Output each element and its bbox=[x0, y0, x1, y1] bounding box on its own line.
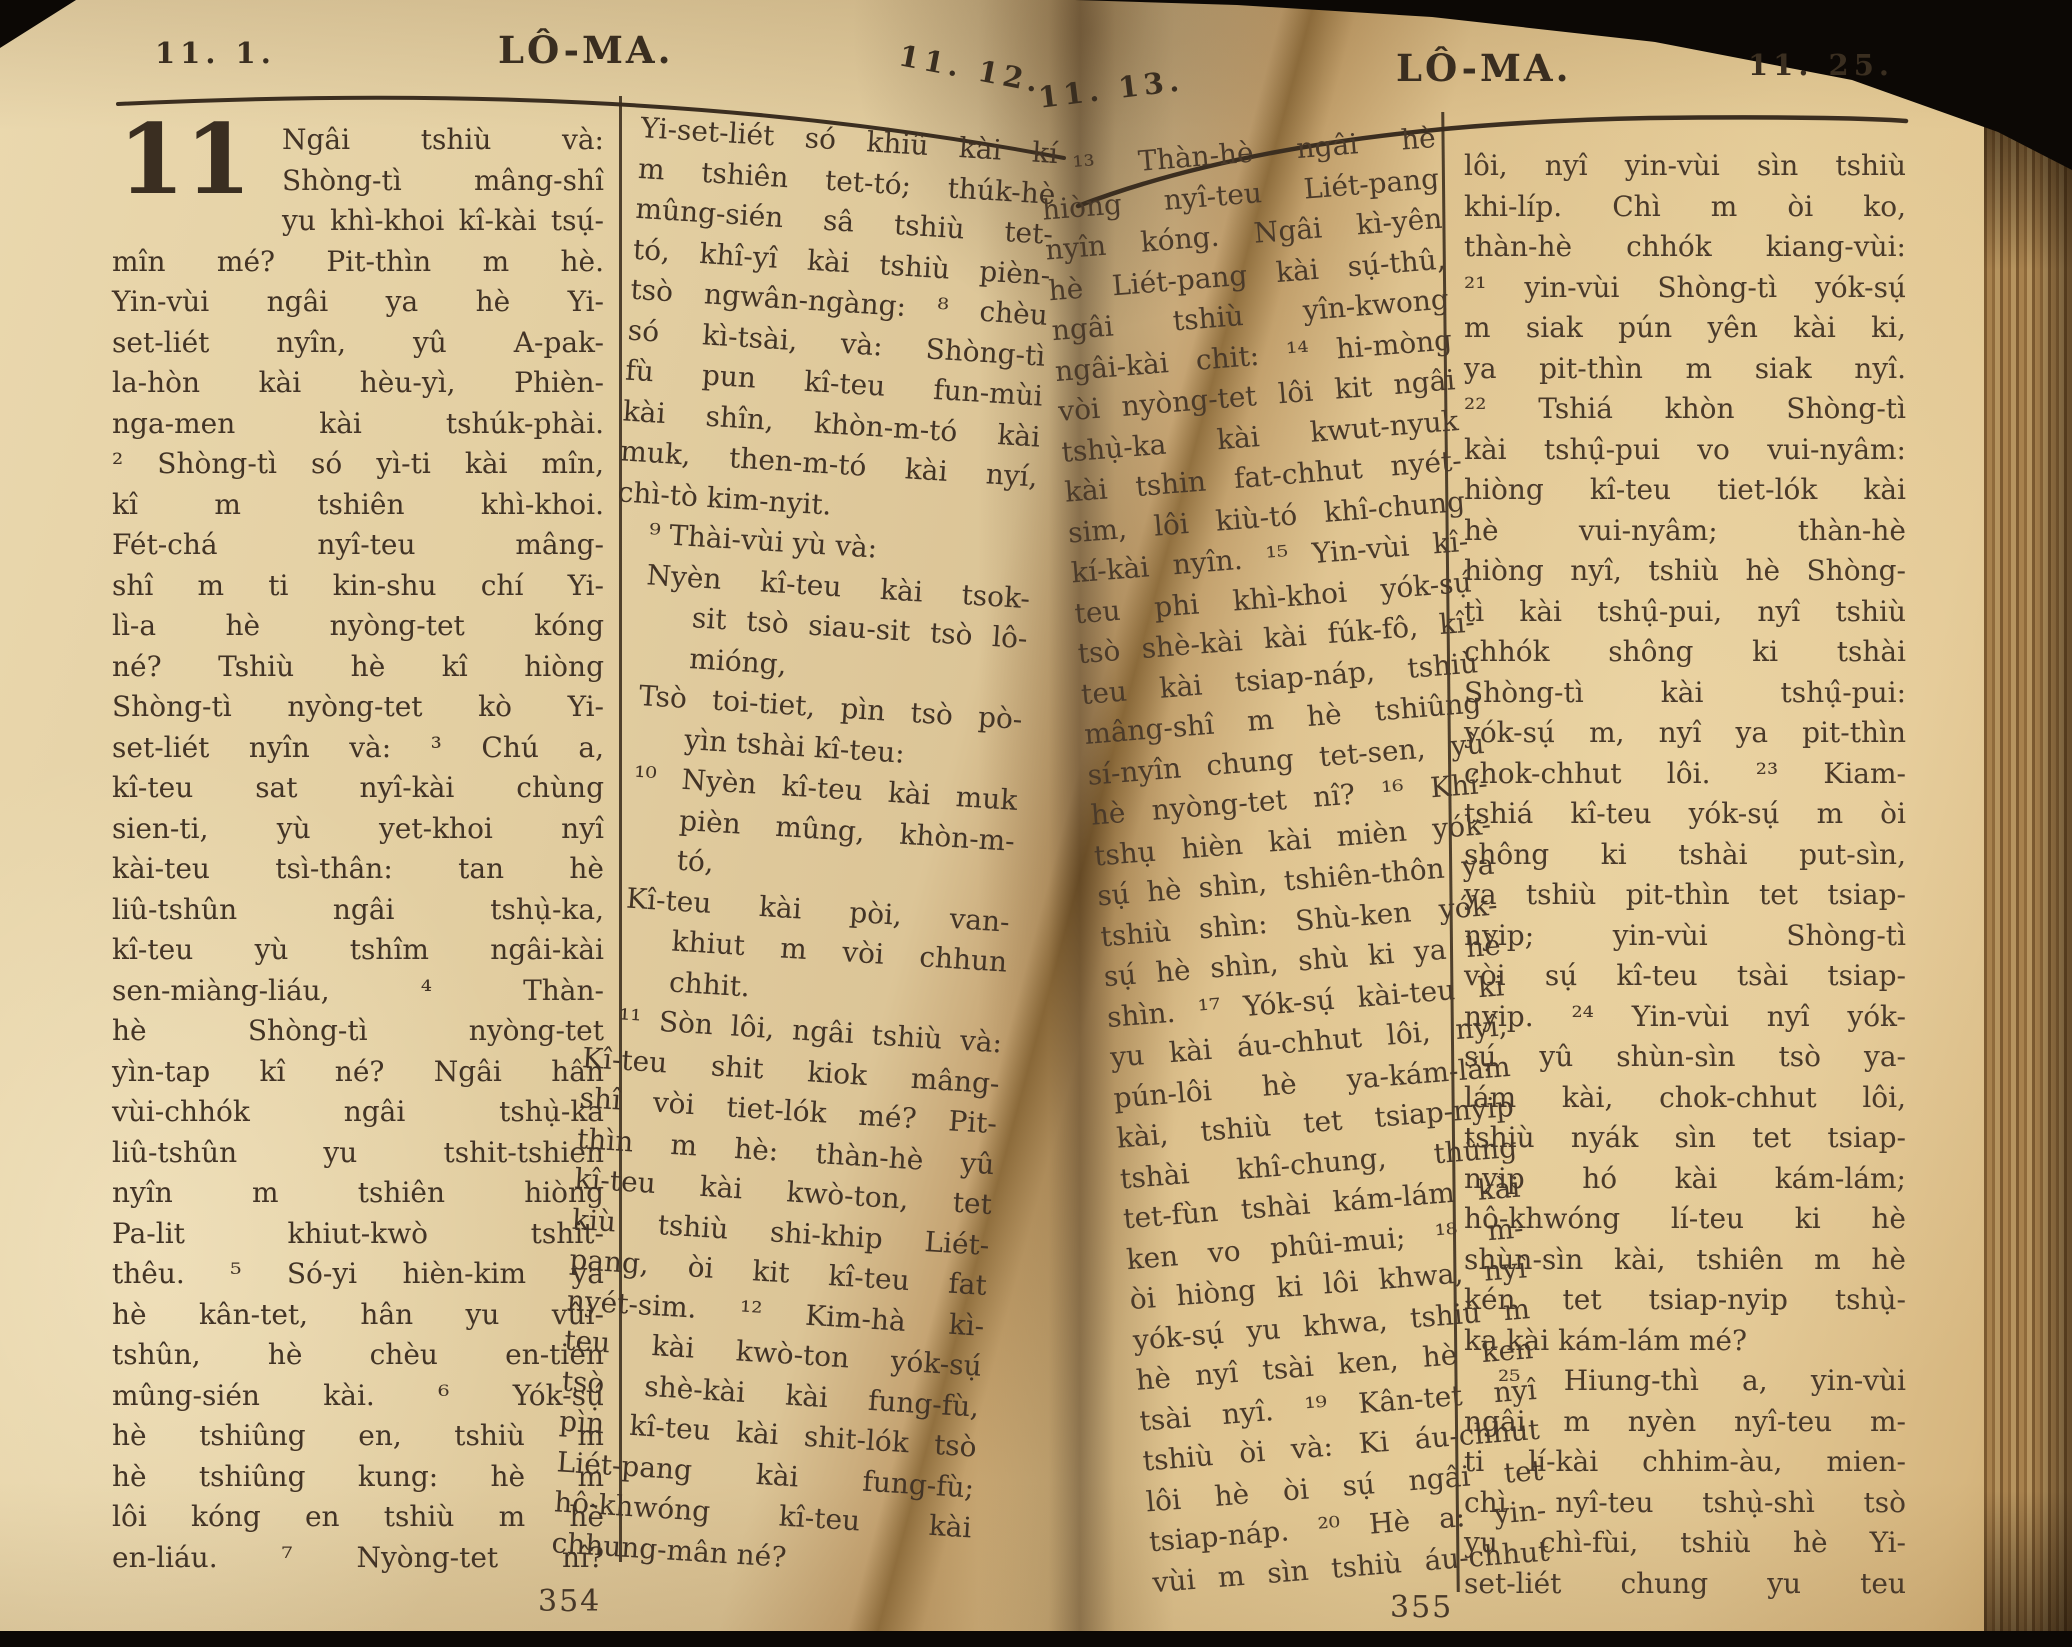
text-line: kài tshụ̂-pui vo vui-nyâm: bbox=[1464, 430, 1906, 471]
text-line: tì kài tshụ̂-pui, nyî tshiù bbox=[1464, 592, 1906, 633]
text-line: yìn-tap kî né? Ngâi hân bbox=[112, 1052, 604, 1093]
text-line: ti lí-kài chhim-àu, mien- bbox=[1464, 1442, 1906, 1483]
text-line: kî-teu yù tshîm ngâi-kài bbox=[112, 930, 604, 971]
left-page-column-1: 11 Ngâi tshiù và:Shòng-tì mâng-shîyu khì… bbox=[112, 120, 604, 1578]
open-book-scan: 11. 1. LÔ-MA. 11. 12. 11. 13. LÔ-MA. 11.… bbox=[0, 0, 2072, 1647]
text-line: Fét-chá nyî-teu mâng- bbox=[112, 525, 604, 566]
text-line: hè vui-nyâm; thàn-hè bbox=[1464, 511, 1906, 552]
text-line: kî-teu sat nyî-kài chùng bbox=[112, 768, 604, 809]
text-line: kén tet tsiap-nyip tshụ̀- bbox=[1464, 1280, 1906, 1321]
chapter-number-dropcap: 11 bbox=[118, 124, 256, 203]
text-line: sen-miàng-liáu, ⁴ Thàn- bbox=[112, 971, 604, 1012]
text-line: vòi sụ́ kî-teu tsài tsiap- bbox=[1464, 956, 1906, 997]
running-head-left-title: LÔ-MA. bbox=[498, 28, 674, 72]
text-line: hiòng nyî, tshiù hè Shòng- bbox=[1464, 551, 1906, 592]
text-line: hè Shòng-tì nyòng-tet bbox=[112, 1011, 604, 1052]
text-line: ya pit-thìn m siak nyî. bbox=[1464, 349, 1906, 390]
text-line: tshiù nyák sìn tet tsiap- bbox=[1464, 1118, 1906, 1159]
text-line: khi-líp. Chì m òi ko, bbox=[1464, 187, 1906, 228]
text-line: hiòng kî-teu tiet-lók kài bbox=[1464, 470, 1906, 511]
text-line: nyîn m tshiên hiòng bbox=[112, 1173, 604, 1214]
text-line: sụ́ yû shùn-sìn tsò ya- bbox=[1464, 1037, 1906, 1078]
text-line: lám kài, chok-chhut lôi, bbox=[1464, 1078, 1906, 1119]
text-line: chhók shông ki tshài bbox=[1464, 632, 1906, 673]
text-line: hô-khwóng lí-teu ki hè bbox=[1464, 1199, 1906, 1240]
page-number-left: 354 bbox=[538, 1584, 601, 1619]
text-line: tshiá kî-teu yók-sụ́ m òi bbox=[1464, 794, 1906, 835]
text-line: yu chì-fùi, tshiù hè Yi- bbox=[1464, 1523, 1906, 1564]
text-line: set-liét nyîn và: ³ Chú a, bbox=[112, 728, 604, 769]
text-line: nga-men kài tshúk-phài. bbox=[112, 404, 604, 445]
text-line: thêu. ⁵ Só-yi hièn-kim ya bbox=[112, 1254, 604, 1295]
text-line: lôi, nyî yin-vùi sìn tshiù bbox=[1464, 146, 1906, 187]
text-line: liû-tshûn ngâi tshụ̀-ka, bbox=[112, 890, 604, 931]
text-line: kî m tshiên khì-khoi. bbox=[112, 485, 604, 526]
text-line: lì-a hè nyòng-tet kóng bbox=[112, 606, 604, 647]
text-line: ² Shòng-tì só yì-ti kài mîn, bbox=[112, 444, 604, 485]
running-head-left-chapter: 11. 1. bbox=[155, 36, 276, 70]
text-line: ngâi m nyèn nyî-teu m- bbox=[1464, 1402, 1906, 1443]
text-line: shùn-sìn kài, tshiên m hè bbox=[1464, 1240, 1906, 1281]
text-line: liû-tshûn yu tshit-tshien bbox=[112, 1133, 604, 1174]
text-line: hè kân-tet, hân yu vûi- bbox=[112, 1295, 604, 1336]
text-line: nyip; yin-vùi Shòng-tì bbox=[1464, 916, 1906, 957]
text-line: mîn mé? Pit-thìn m hè. bbox=[112, 242, 604, 283]
text-line: ya tshiù pit-thìn tet tsiap- bbox=[1464, 875, 1906, 916]
text-line: ²⁵ Hiung-thì a, yin-vùi bbox=[1464, 1361, 1906, 1402]
text-line: hè tshiûng kung: hè m bbox=[112, 1457, 604, 1498]
text-line: Pa-lit khiut-kwò tshit- bbox=[112, 1214, 604, 1255]
text-line: yók-sụ́ m, nyî ya pit-thìn bbox=[1464, 713, 1906, 754]
text-line: la-hòn kài hèu-yì, Phièn- bbox=[112, 363, 604, 404]
text-line: ka kài kám-lám mé? bbox=[1464, 1321, 1906, 1362]
text-line: shî m ti kin-shu chí Yi- bbox=[112, 566, 604, 607]
text-line: en-liáu. ⁷ Nyòng-tet nî? bbox=[112, 1538, 604, 1579]
text-line: hè tshiûng en, tshiù m bbox=[112, 1416, 604, 1457]
text-line: m siak pún yên kài ki, bbox=[1464, 308, 1906, 349]
page-number-right: 355 bbox=[1390, 1590, 1453, 1625]
text-line: ²¹ yin-vùi Shòng-tì yók-sụ́ bbox=[1464, 268, 1906, 309]
text-line: kài-teu tsì-thân: tan hè bbox=[112, 849, 604, 890]
text-line: tshûn, hè chèu en-tién bbox=[112, 1335, 604, 1376]
text-line: set-liét nyîn, yû A-pak- bbox=[112, 323, 604, 364]
text-line: sien-ti, yù yet-khoi nyî bbox=[112, 809, 604, 850]
text-line: nyip. ²⁴ Yin-vùi nyî yók- bbox=[1464, 997, 1906, 1038]
text-line: chì nyî-teu tshụ̀-shì tsò bbox=[1464, 1483, 1906, 1524]
text-line: Yin-vùi ngâi ya hè Yi- bbox=[112, 282, 604, 323]
text-line: né? Tshiù hè kî hiòng bbox=[112, 647, 604, 688]
text-line: nyip hó kài kám-lám; bbox=[1464, 1159, 1906, 1200]
text-line: Shòng-tì nyòng-tet kò Yi- bbox=[112, 687, 604, 728]
text-line: ²² Tshiá khòn Shòng-tì bbox=[1464, 389, 1906, 430]
running-head-right-title: LÔ-MA. bbox=[1396, 46, 1572, 90]
text-line: lôi kóng en tshiù m hè bbox=[112, 1497, 604, 1538]
text-line: vùi-chhók ngâi tshụ̀-ka bbox=[112, 1092, 604, 1133]
text-line: thàn-hè chhók kiang-vùi: bbox=[1464, 227, 1906, 268]
text-line: mûng-sién kài. ⁶ Yók-sụ́ bbox=[112, 1376, 604, 1417]
text-line: shông ki tshài put-sìn, bbox=[1464, 835, 1906, 876]
right-page-column-2: lôi, nyî yin-vùi sìn tshiùkhi-líp. Chì m… bbox=[1464, 146, 1906, 1604]
running-head-right-verse: 11. 25. bbox=[1748, 48, 1894, 82]
text-line: chok-chhut lôi. ²³ Kiam- bbox=[1464, 754, 1906, 795]
text-line: set-liét chung yu teu bbox=[1464, 1564, 1906, 1605]
text-line: Shòng-tì kài tshụ̂-pui: bbox=[1464, 673, 1906, 714]
